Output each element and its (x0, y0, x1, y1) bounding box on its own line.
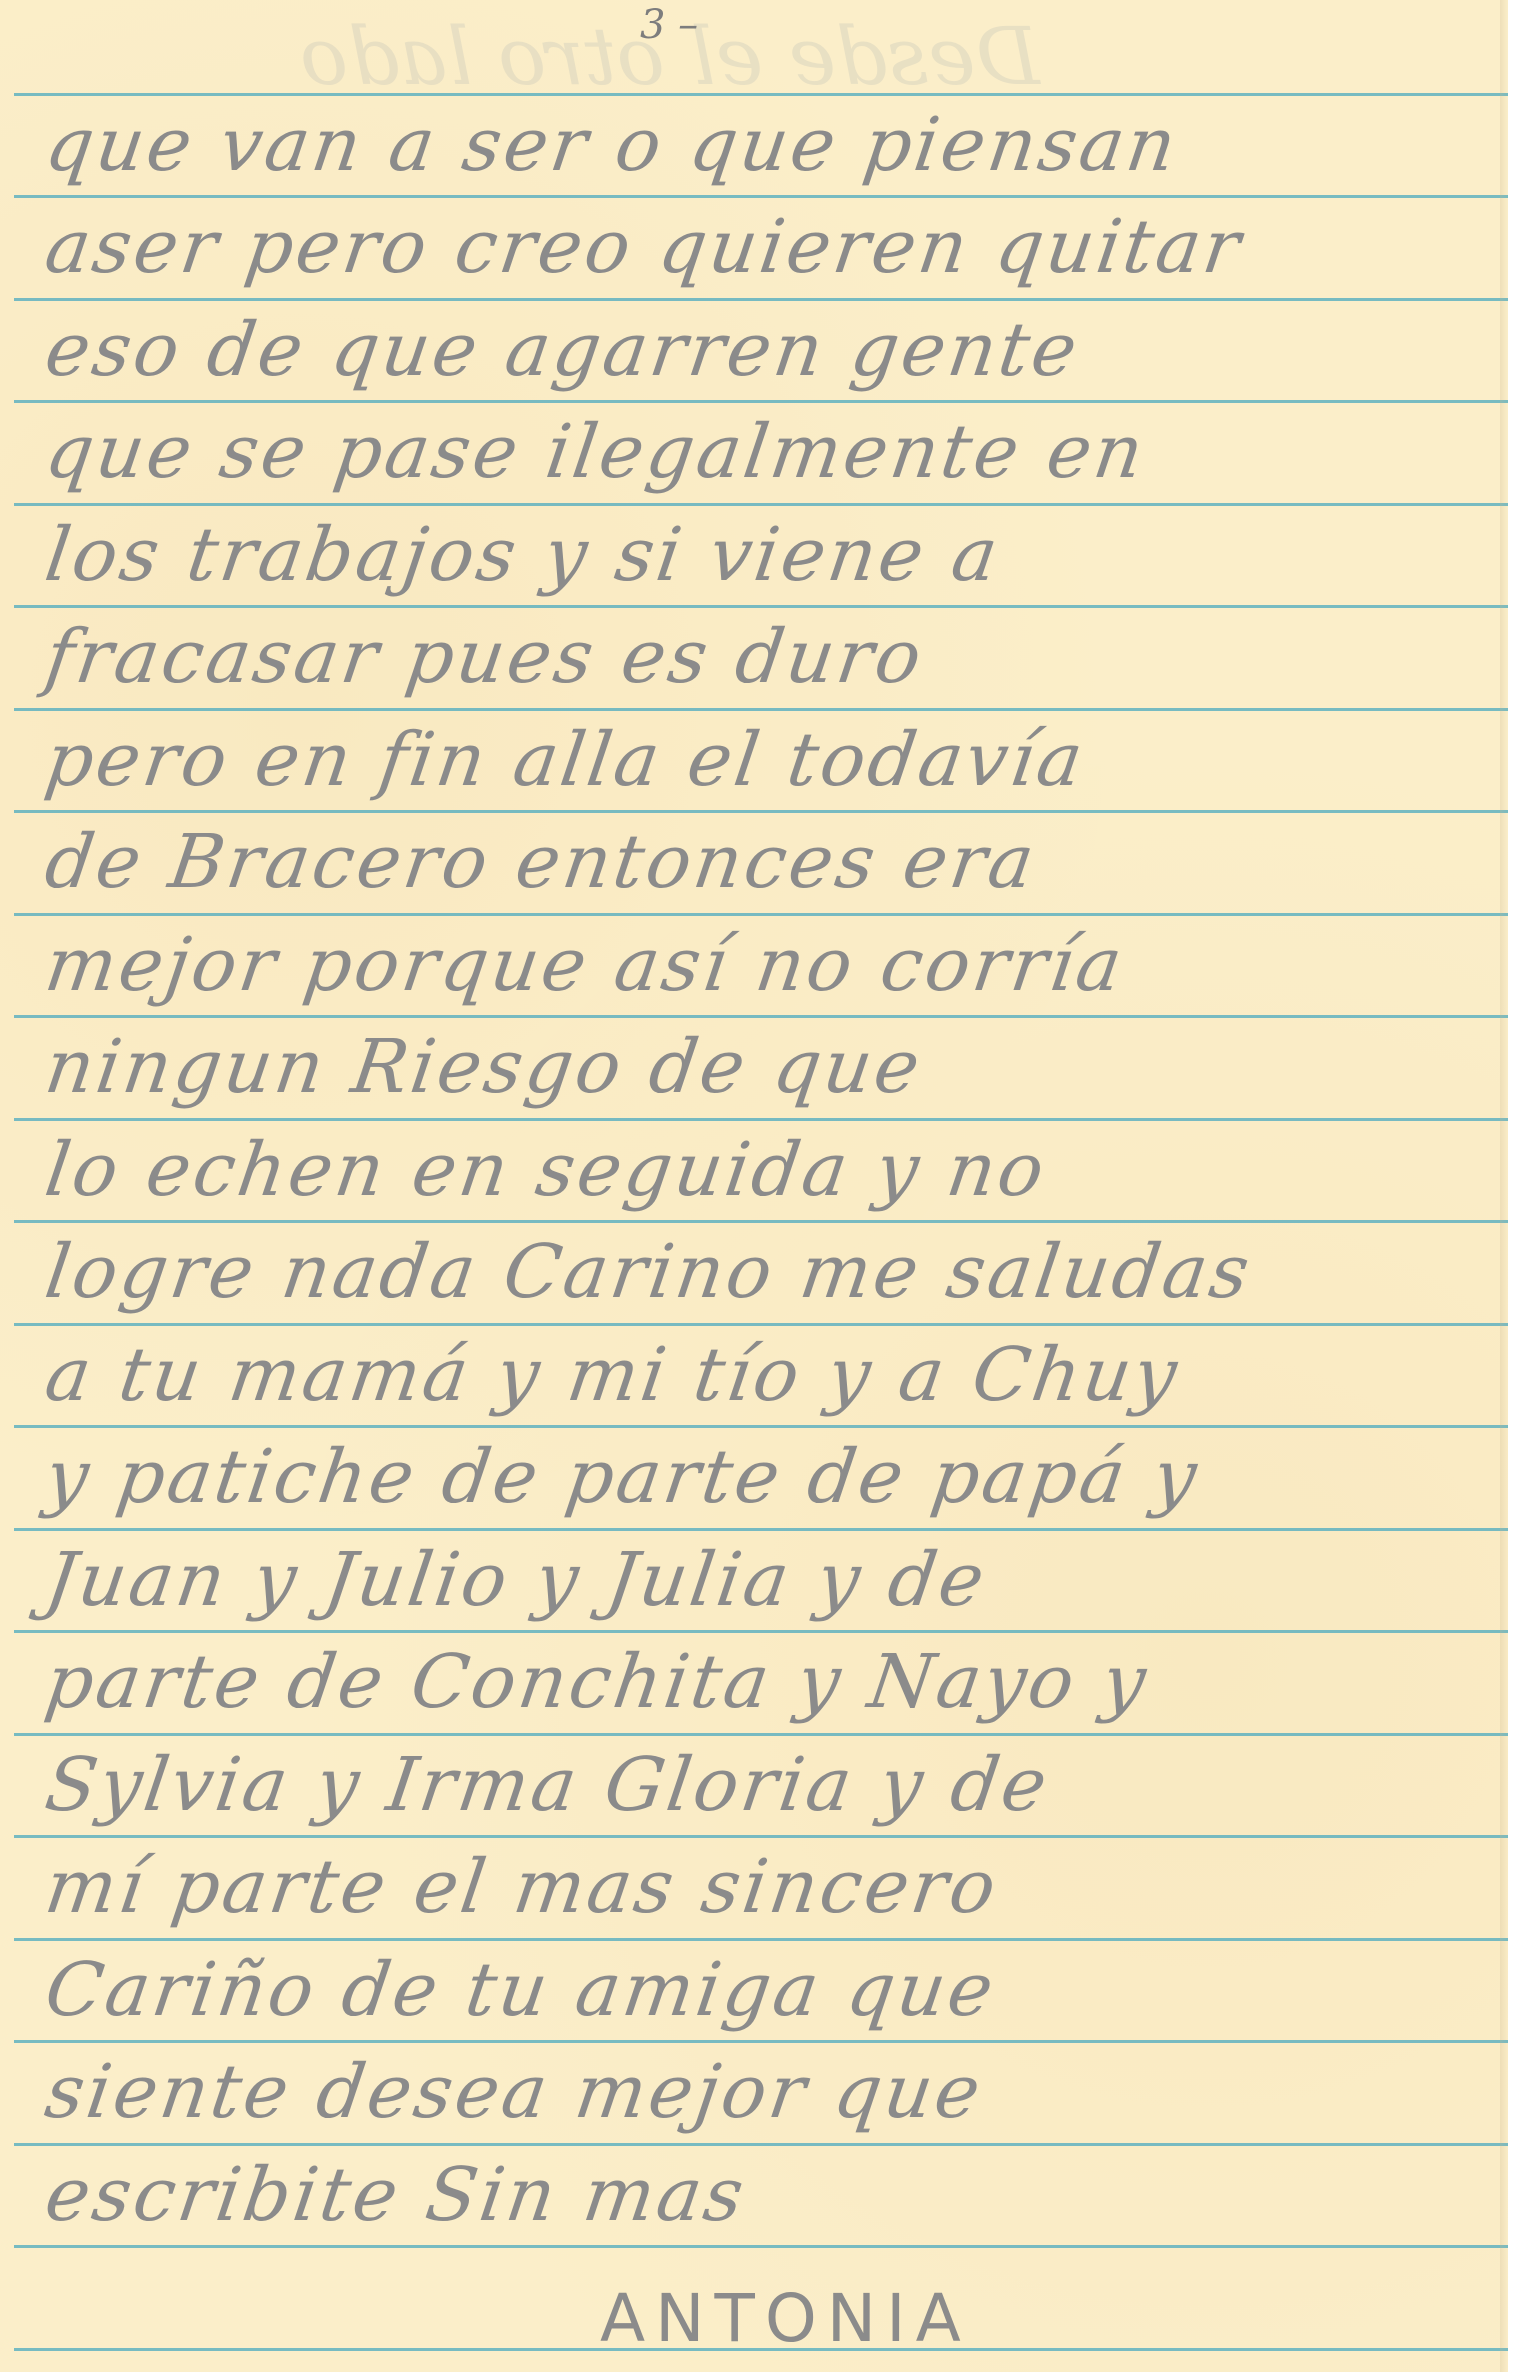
handwritten-line: fracasar pues es duro (40, 612, 1513, 702)
handwritten-line: siente desea mejor que (40, 2047, 1513, 2137)
letter-paper: Desde el otro lado 3 – que van a ser o q… (0, 0, 1508, 2372)
ruled-line (14, 810, 1508, 813)
ruled-line (14, 1835, 1508, 1838)
ruled-line (14, 605, 1508, 608)
handwritten-line: escribite Sin mas (40, 2150, 1513, 2240)
handwritten-line: parte de Conchita y Nayo y (40, 1637, 1513, 1727)
handwritten-line: Sylvia y Irma Gloria y de (40, 1740, 1513, 1830)
handwritten-line: que van a ser o que piensan (40, 100, 1513, 190)
handwritten-line: de Bracero entonces era (40, 817, 1513, 907)
ruled-line (14, 1938, 1508, 1941)
ruled-line (14, 1015, 1508, 1018)
handwritten-line: mí parte el mas sincero (40, 1842, 1513, 1932)
ruled-line (14, 1118, 1508, 1121)
ruled-line (14, 1733, 1508, 1736)
page-number: 3 – (640, 2, 698, 48)
ruled-line (14, 1323, 1508, 1326)
handwritten-line: que se pase ilegalmente en (40, 407, 1513, 497)
handwritten-line: los trabajos y si viene a (40, 510, 1513, 600)
ruled-line (14, 1220, 1508, 1223)
handwritten-line: ningun Riesgo de que (40, 1022, 1513, 1112)
ruled-line (14, 2040, 1508, 2043)
ruled-line (14, 2245, 1508, 2248)
handwritten-line: pero en fin alla el todavía (40, 715, 1513, 805)
paper-edge (1500, 0, 1508, 2372)
handwritten-line: Cariño de tu amiga que (40, 1945, 1513, 2035)
handwritten-line: a tu mamá y mi tío y a Chuy (40, 1330, 1513, 1420)
signature: ANTONIA (600, 2280, 971, 2357)
ruled-line (14, 1425, 1508, 1428)
handwritten-line: mejor porque así no corría (40, 920, 1513, 1010)
ruled-line (14, 400, 1508, 403)
handwritten-line: lo echen en seguida y no (40, 1125, 1513, 1215)
handwritten-line: aser pero creo quieren quitar (40, 202, 1513, 292)
ruled-line (14, 503, 1508, 506)
ruled-line (14, 2143, 1508, 2146)
handwritten-line: logre nada Carino me saludas (40, 1227, 1513, 1317)
ruled-line (14, 1630, 1508, 1633)
handwritten-line: y patiche de parte de papá y (40, 1432, 1513, 1522)
handwritten-line: eso de que agarren gente (40, 305, 1513, 395)
ruled-line (14, 1528, 1508, 1531)
ruled-line (14, 195, 1508, 198)
ruled-line (14, 298, 1508, 301)
ruled-line (14, 708, 1508, 711)
handwritten-line: Juan y Julio y Julia y de (40, 1535, 1513, 1625)
ruled-line (14, 93, 1508, 96)
ruled-line (14, 913, 1508, 916)
